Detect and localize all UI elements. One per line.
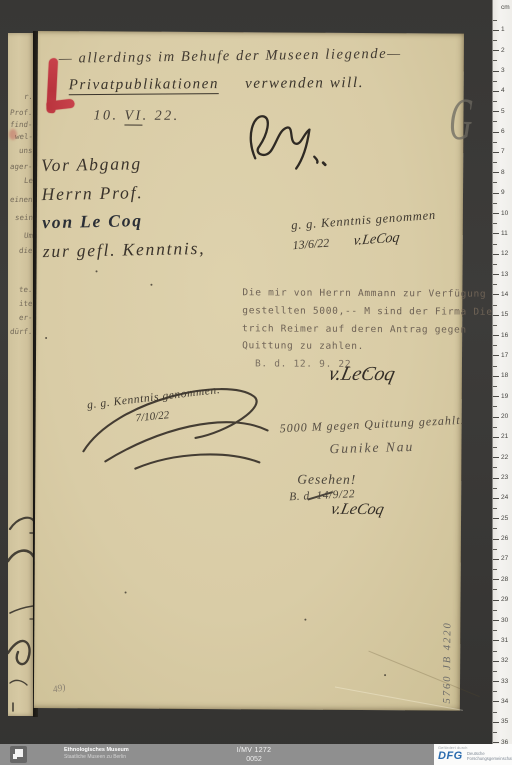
red-smudge-mark [9, 129, 17, 140]
ruler-tick-cm [493, 30, 499, 31]
payment-signature: Gunike Nau [329, 439, 414, 457]
payment-note: 5000 M gegen Quittung gezahlt. [279, 413, 464, 437]
ruler-tick-half-cm [493, 732, 497, 733]
ruler-number: 19 [501, 393, 508, 400]
ruler-number: 16 [501, 332, 508, 339]
ruler-tick-cm [493, 91, 499, 92]
ruler-tick-half-cm [493, 589, 497, 590]
paper-speck [45, 337, 47, 339]
ruler-tick-half-cm [493, 40, 497, 41]
typed-line: trich Reimer auf deren Antrag gegen [242, 320, 499, 339]
fragment-text: ite [19, 299, 33, 308]
ruler-tick-cm [493, 50, 499, 51]
note-line2-rest: verwenden will. [245, 75, 364, 92]
ruler-number: 30 [501, 617, 508, 624]
ruler-number: 31 [501, 637, 508, 644]
underlined-word: Privatpublikationen [69, 76, 220, 95]
ruler-tick-half-cm [493, 182, 497, 183]
ruler-number: 11 [501, 230, 508, 237]
ruler-tick-half-cm [493, 427, 497, 428]
ruler-tick-cm [493, 498, 499, 499]
ruler-number: 14 [501, 291, 508, 298]
ruler-number: 2 [501, 47, 505, 54]
ruler-tick-cm [493, 620, 499, 621]
ruler-number: 7 [501, 148, 505, 155]
pencil-page-number: 49) [52, 683, 67, 696]
routing-note-line: Herrn Prof. [41, 176, 204, 208]
ruler-tick-cm [493, 518, 499, 519]
ruler-number: 29 [501, 596, 508, 603]
paper-speck [384, 674, 386, 676]
ruler-tick-cm [493, 559, 499, 560]
ruler-unit-label: cm [501, 4, 510, 11]
ruler-tick-cm [493, 172, 499, 173]
ruler-number: 13 [501, 271, 508, 278]
pencil-margin-mark: G [447, 84, 474, 155]
ruler-tick-half-cm [493, 467, 497, 468]
dfg-logo: DFG [438, 750, 463, 762]
ruler-tick-half-cm [493, 406, 497, 407]
ruler-tick-cm [493, 111, 499, 112]
routing-note-line: zur gefl. Kenntnis, [43, 233, 206, 265]
ruler-number: 24 [501, 494, 508, 501]
institution-name: Ethnologisches Museum [64, 747, 129, 754]
ruler-tick-half-cm [493, 712, 497, 713]
ruler-tick-half-cm [493, 528, 497, 529]
date-month-roman: VI [124, 109, 142, 126]
ruler: cm 1234567891011121314151617181920212223… [492, 0, 512, 744]
fragment-text: dürf. [10, 327, 34, 336]
ruler-tick-half-cm [493, 508, 497, 509]
ruler-number: 20 [501, 413, 508, 420]
ruler-tick-half-cm [493, 447, 497, 448]
paper-speck [125, 592, 127, 594]
ruler-number: 25 [501, 515, 508, 522]
ruler-tick-cm [493, 132, 499, 133]
ruler-number: 21 [501, 433, 508, 440]
ruler-tick-cm [493, 396, 499, 397]
date-day: 10. [93, 108, 124, 123]
ruler-number: 18 [501, 372, 508, 379]
typed-line: gestellten 5000,-- M sind der Firma Die- [242, 302, 499, 321]
fragment-text: Prof. [10, 108, 34, 117]
ruler-number: 15 [501, 311, 508, 318]
ruler-tick-half-cm [493, 345, 497, 346]
dfg-name: Deutsche Forschungsgemeinschaft [467, 751, 512, 761]
fragment-text: ager- [10, 162, 34, 171]
ruler-tick-cm [493, 579, 499, 580]
dfg-name-line2: Forschungsgemeinschaft [467, 756, 512, 761]
handwritten-date: 10. VI. 22. [93, 108, 179, 125]
seen-signature: v.LeCoq [329, 501, 386, 519]
ruler-number: 22 [501, 454, 508, 461]
ruler-tick-cm [493, 600, 499, 601]
ruler-tick-half-cm [493, 569, 497, 570]
fragment-text: er- [19, 313, 33, 322]
seen-note: Gesehen! [297, 472, 356, 488]
ruler-number: 32 [501, 657, 508, 664]
ruler-tick-half-cm [493, 121, 497, 122]
typed-line: Quittung zu zahlen. [242, 338, 499, 357]
fragment-text: Le [23, 176, 33, 185]
ruler-tick-half-cm [493, 305, 497, 306]
ruler-tick-cm [493, 254, 499, 255]
ruler-number: 27 [501, 555, 508, 562]
date-year: . 22. [143, 109, 180, 124]
ruler-number: 35 [501, 718, 508, 725]
ruler-number: 33 [501, 678, 508, 685]
ruler-tick-cm [493, 701, 499, 702]
ink-scribbles [8, 511, 35, 716]
ruler-tick-cm [493, 274, 499, 275]
ruler-tick-half-cm [493, 549, 497, 550]
document-paper: — allerdings im Behufe der Museen liegen… [34, 31, 464, 711]
ruler-tick-cm [493, 152, 499, 153]
typed-line: Die mir von Herrn Ammann zur Verfügung [242, 284, 499, 303]
scanned-document-page: r.Prof.find-wel-unsager-LeeinenseinUmdie… [0, 0, 512, 765]
ruler-tick-cm [493, 355, 499, 356]
ruler-tick-half-cm [493, 671, 497, 672]
fragment-text: sein [14, 213, 33, 222]
ruler-number: 4 [501, 87, 505, 94]
ruler-tick-half-cm [493, 264, 497, 265]
ruler-tick-cm [493, 742, 499, 743]
ruler-tick-cm [493, 193, 499, 194]
paper-speck [96, 270, 98, 272]
large-signature-swoosh [75, 371, 276, 472]
ruler-tick-half-cm [493, 203, 497, 204]
ack-right-date: 13/6/22 [292, 236, 330, 254]
ack-right-signature: v.LeCoq [352, 230, 400, 250]
ruler-tick-half-cm [493, 81, 497, 82]
routing-note-line: von Le Coq [42, 205, 205, 237]
ruler-number: 23 [501, 474, 508, 481]
museum-logo-icon [10, 746, 27, 763]
ruler-number: 5 [501, 108, 505, 115]
ruler-tick-cm [493, 417, 499, 418]
ruler-number: 34 [501, 698, 508, 705]
ruler-tick-cm [493, 661, 499, 662]
document-id: I/MV 1272 [219, 746, 289, 755]
ruler-number: 28 [501, 576, 508, 583]
fragment-text: die [19, 246, 33, 255]
ruler-number: 10 [501, 210, 508, 217]
typed-instruction-block: Die mir von Herrn Ammann zur Verfügungge… [242, 284, 499, 375]
typed-lines: Die mir von Herrn Ammann zur Verfügungge… [242, 284, 499, 357]
fragment-text: te. [19, 285, 33, 294]
ruler-tick-cm [493, 640, 499, 641]
ruler-tick-half-cm [493, 244, 497, 245]
ruler-tick-half-cm [493, 142, 497, 143]
fragment-text: wel- [14, 132, 33, 141]
ruler-tick-cm [493, 315, 499, 316]
ruler-tick-cm [493, 376, 499, 377]
ruler-tick-cm [493, 71, 499, 72]
ruler-tick-half-cm [493, 386, 497, 387]
paper-speck [304, 619, 306, 621]
footer-bar: Ethnologisches Museum Staatliche Museen … [0, 744, 512, 765]
ruler-tick-half-cm [493, 366, 497, 367]
ruler-tick-cm [493, 294, 499, 295]
routing-note-line: Vor Abgang [41, 148, 204, 180]
ruler-tick-cm [493, 335, 499, 336]
ruler-tick-half-cm [493, 488, 497, 489]
ruler-tick-half-cm [493, 101, 497, 102]
ruler-tick-half-cm [493, 223, 497, 224]
ruler-number: 12 [501, 250, 508, 257]
ruler-tick-half-cm [493, 162, 497, 163]
ruler-tick-cm [493, 437, 499, 438]
fragment-text: Um [23, 231, 33, 240]
ruler-number: 1 [501, 26, 505, 33]
routing-note: Vor AbgangHerrn Prof.von Le Coqzur gefl.… [41, 148, 206, 265]
signature-le-coq: v.LeCoq [326, 363, 397, 386]
fragment-text: uns [19, 146, 33, 155]
ruler-tick-cm [493, 539, 499, 540]
handwritten-note-line2: Privatpublikationenverwenden will. [69, 75, 364, 94]
ruler-tick-cm [493, 681, 499, 682]
ruler-number: 3 [501, 67, 505, 74]
institution-block: Ethnologisches Museum Staatliche Museen … [64, 747, 129, 760]
ruler-tick-cm [493, 478, 499, 479]
ruler-tick-cm [493, 457, 499, 458]
red-crayon-mark-base [46, 99, 75, 111]
ruler-tick-cm [493, 722, 499, 723]
institution-subname: Staatliche Museen zu Berlin [64, 754, 129, 760]
ink-signature-flourish [237, 104, 342, 183]
handwritten-note-line1: — allerdings im Behufe der Museen liegen… [59, 46, 402, 68]
ruler-tick-half-cm [493, 630, 497, 631]
document-id-block: I/MV 1272 0052 [219, 746, 289, 764]
ruler-number: 9 [501, 189, 505, 196]
ruler-number: 6 [501, 128, 505, 135]
ruler-number: 17 [501, 352, 508, 359]
ruler-tick-cm [493, 233, 499, 234]
fragment-text: r. [23, 92, 33, 101]
ruler-tick-half-cm [493, 284, 497, 285]
ruler-number: 26 [501, 535, 508, 542]
ruler-number: 8 [501, 169, 505, 176]
ruler-tick-half-cm [493, 610, 497, 611]
paper-speck [367, 370, 369, 372]
ruler-tick-half-cm [493, 20, 497, 21]
scan-page-number: 0052 [219, 755, 289, 764]
dfg-logo-box: Gefördert durch DFG Deutsche Forschungsg… [434, 744, 512, 765]
ruler-tick-half-cm [493, 691, 497, 692]
ruler-tick-half-cm [493, 325, 497, 326]
acknowledgement-note-right: g. g. Kenntnis genommen 13/6/22 v.LeCoq [291, 208, 438, 254]
fragment-text: find- [10, 120, 34, 129]
left-page-strip: r.Prof.find-wel-unsager-LeeinenseinUmdie… [8, 33, 35, 716]
paper-speck [150, 284, 152, 286]
ruler-tick-cm [493, 213, 499, 214]
ruler-tick-half-cm [493, 651, 497, 652]
ruler-tick-half-cm [493, 60, 497, 61]
fragment-text: einen [10, 195, 34, 204]
